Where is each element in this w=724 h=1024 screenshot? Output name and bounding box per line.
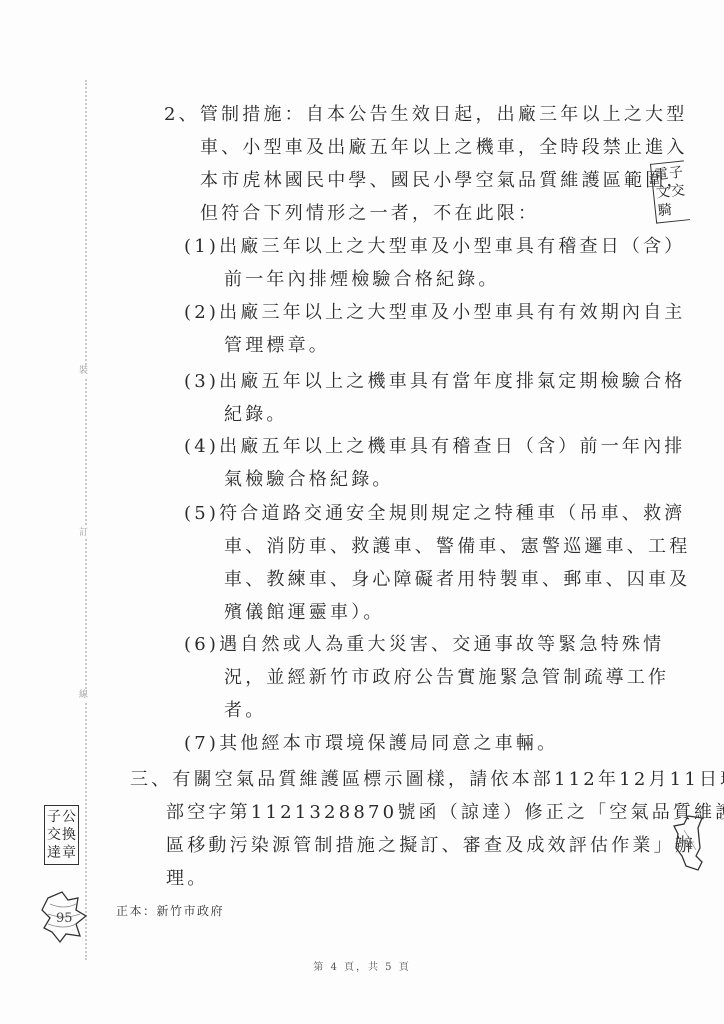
item-2-line-1: 2、管制措施：自本公告生效日起，出廠三年以上之大型: [164, 98, 688, 131]
exception-4: (4)出廠五年以上之機車具有稽查日（含）前一年內排 氣檢驗合格紀錄。: [184, 430, 686, 496]
binding-mark-xian: 線: [79, 689, 88, 701]
item-2-line-4: 但符合下列情形之一者，不在此限：: [164, 197, 688, 230]
svg-text:95: 95: [56, 911, 73, 926]
exception-3: (3)出廠五年以上之機車具有當年度排氣定期檢驗合格 紀錄。: [184, 365, 686, 431]
page-number: 第 4 頁，共 5 頁: [0, 958, 724, 973]
exception-2-marker: (2): [184, 296, 219, 329]
exception-3-marker: (3): [184, 365, 219, 398]
binding-dotted-line: [85, 80, 87, 960]
exception-7-marker: (7): [184, 727, 219, 760]
binding-mark-zhuang: 裝: [79, 365, 88, 377]
exception-6: (6)遇自然或人為重大災害、交通事故等緊急特殊情 況，並經新竹市政府公告實施緊急…: [184, 628, 669, 727]
original-recipient: 正本：新竹市政府: [116, 902, 224, 919]
exception-4-marker: (4): [184, 430, 219, 463]
exception-5-marker: (5): [184, 497, 219, 530]
electronic-exchange-stamp-right: 子 交 電 文 騎: [650, 160, 690, 223]
exception-1-marker: (1): [184, 230, 219, 263]
item-2-control-measures: 2、管制措施：自本公告生效日起，出廠三年以上之大型 車、小型車及出廠五年以上之機…: [164, 98, 688, 230]
svg-text:4: 4: [686, 839, 693, 852]
item-2-marker: 2、: [164, 98, 200, 131]
perforation-seal-right-icon: 4: [672, 812, 712, 877]
exception-7: (7)其他經本市環境保護局同意之車輛。: [184, 727, 558, 760]
exception-2: (2)出廠三年以上之大型車及小型車具有有效期內自主 管理標章。: [184, 296, 686, 362]
document-page: 裝 訂 線 2、管制措施：自本公告生效日起，出廠三年以上之大型 車、小型車及出廠…: [0, 0, 724, 1024]
item-2-line-2: 車、小型車及出廠五年以上之機車，全時段禁止進入: [164, 131, 688, 164]
official-exchange-stamp-left: 公 換 章 子 交 達: [44, 805, 79, 865]
perforation-seal-left-icon: 95: [40, 890, 90, 945]
section-3-marker: 三、: [130, 763, 172, 796]
section-3-signage: 三、有關空氣品質維護區標示圖樣，請依本部112年12月11日環 部空字第1121…: [130, 763, 724, 895]
exception-1: (1)出廠三年以上之大型車及小型車具有稽查日（含） 前一年內排煙檢驗合格紀錄。: [184, 230, 686, 296]
binding-mark-ding: 訂: [79, 527, 88, 539]
item-2-line-3: 本市虎林國民中學、國民小學空氣品質維護區範圍，: [164, 164, 688, 197]
exception-6-marker: (6): [184, 628, 219, 661]
exception-5: (5)符合道路交通安全規則規定之特種車（吊車、救濟 車、消防車、救護車、警備車、…: [184, 497, 690, 629]
